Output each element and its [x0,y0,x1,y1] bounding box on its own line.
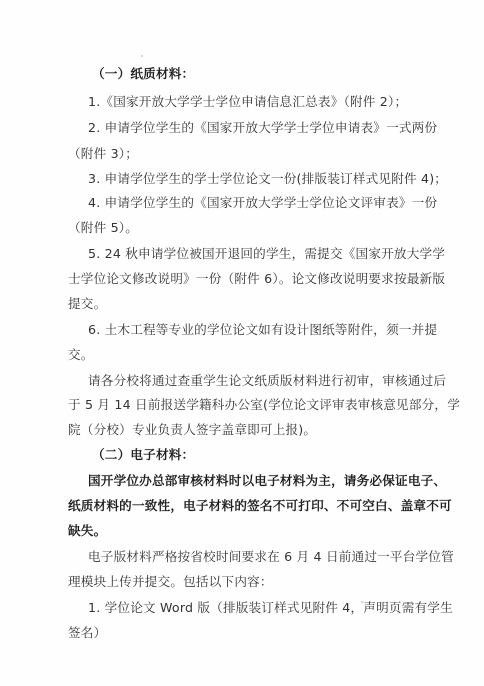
scan-speck [141,55,143,57]
document-page: （一）纸质材料： 1.《国家开放大学学士学位申请信息汇总表》（附件 2）； 2.… [0,0,484,686]
paper-item-1-line-1: 1.《国家开放大学学士学位申请信息汇总表》（附件 2）； [88,94,407,110]
electronic-item-1-line-1: 1. 学位论文 Word 版（排版装订样式见附件 4，声明页需有学生 [88,600,453,616]
section-heading-electronic: （二）电子材料： [92,447,194,463]
scan-speck [361,601,363,603]
paper-item-2-line-1: 2. 申请学位学生的《国家开放大学学士学位申请表》一式两份 [88,120,437,136]
paper-item-6-line-1: 6. 土木工程等专业的学位论文如有设计图纸等附件，须一并提 [88,322,437,338]
paper-item-3-line-1: 3. 申请学位学生的学士学位论文一份(排版装订样式见附件 4)； [88,171,447,187]
paper-item-5-line-3: 提交。 [68,296,106,312]
paper-item-2-line-2: （附件 3）； [68,146,138,162]
paper-item-6-line-2: 交。 [68,347,94,363]
paper-item-5-line-1: 5. 24 秋申请学位被国开退回的学生，需提交《国家开放大学学 [88,246,445,262]
paper-note-line-3: 院（分校）专业负责人签字盖章即可上报)。 [68,422,316,438]
paper-item-4-line-2: （附件 5）。 [68,220,138,236]
electronic-emphasis-line-2: 纸质材料的一致性，电子材料的签名不可打印、不可空白、盖章不可 [68,498,452,514]
electronic-emphasis-line-3: 缺失。 [68,523,106,539]
electronic-intro-line-1: 电子版材料严格按省校时间要求在 6 月 4 日前通过一平台学位管 [88,549,454,565]
scan-speck [312,205,314,207]
electronic-emphasis-line-1: 国开学位办总部审核材料时以电子材料为主，请务必保证电子、 [88,473,446,489]
paper-note-line-1: 请各分校将通过查重学生论文纸质版材料进行初审，审核通过后 [88,373,446,389]
paper-item-4-line-1: 4. 申请学位学生的《国家开放大学学士学位论文评审表》一份 [88,195,437,211]
electronic-intro-line-2: 理模块上传并提交。包括以下内容： [68,574,273,590]
paper-note-line-2: 于 5 月 14 日前报送学籍科办公室(学位论文评审表审核意见部分，学 [68,397,460,413]
scan-speck [365,558,367,560]
electronic-item-1-line-2: 签名） [68,625,106,641]
paper-item-5-line-2: 士学位论文修改说明》一份（附件 6）。论文修改说明要求按最新版 [68,271,445,287]
section-heading-paper: （一）纸质材料： [92,66,194,82]
